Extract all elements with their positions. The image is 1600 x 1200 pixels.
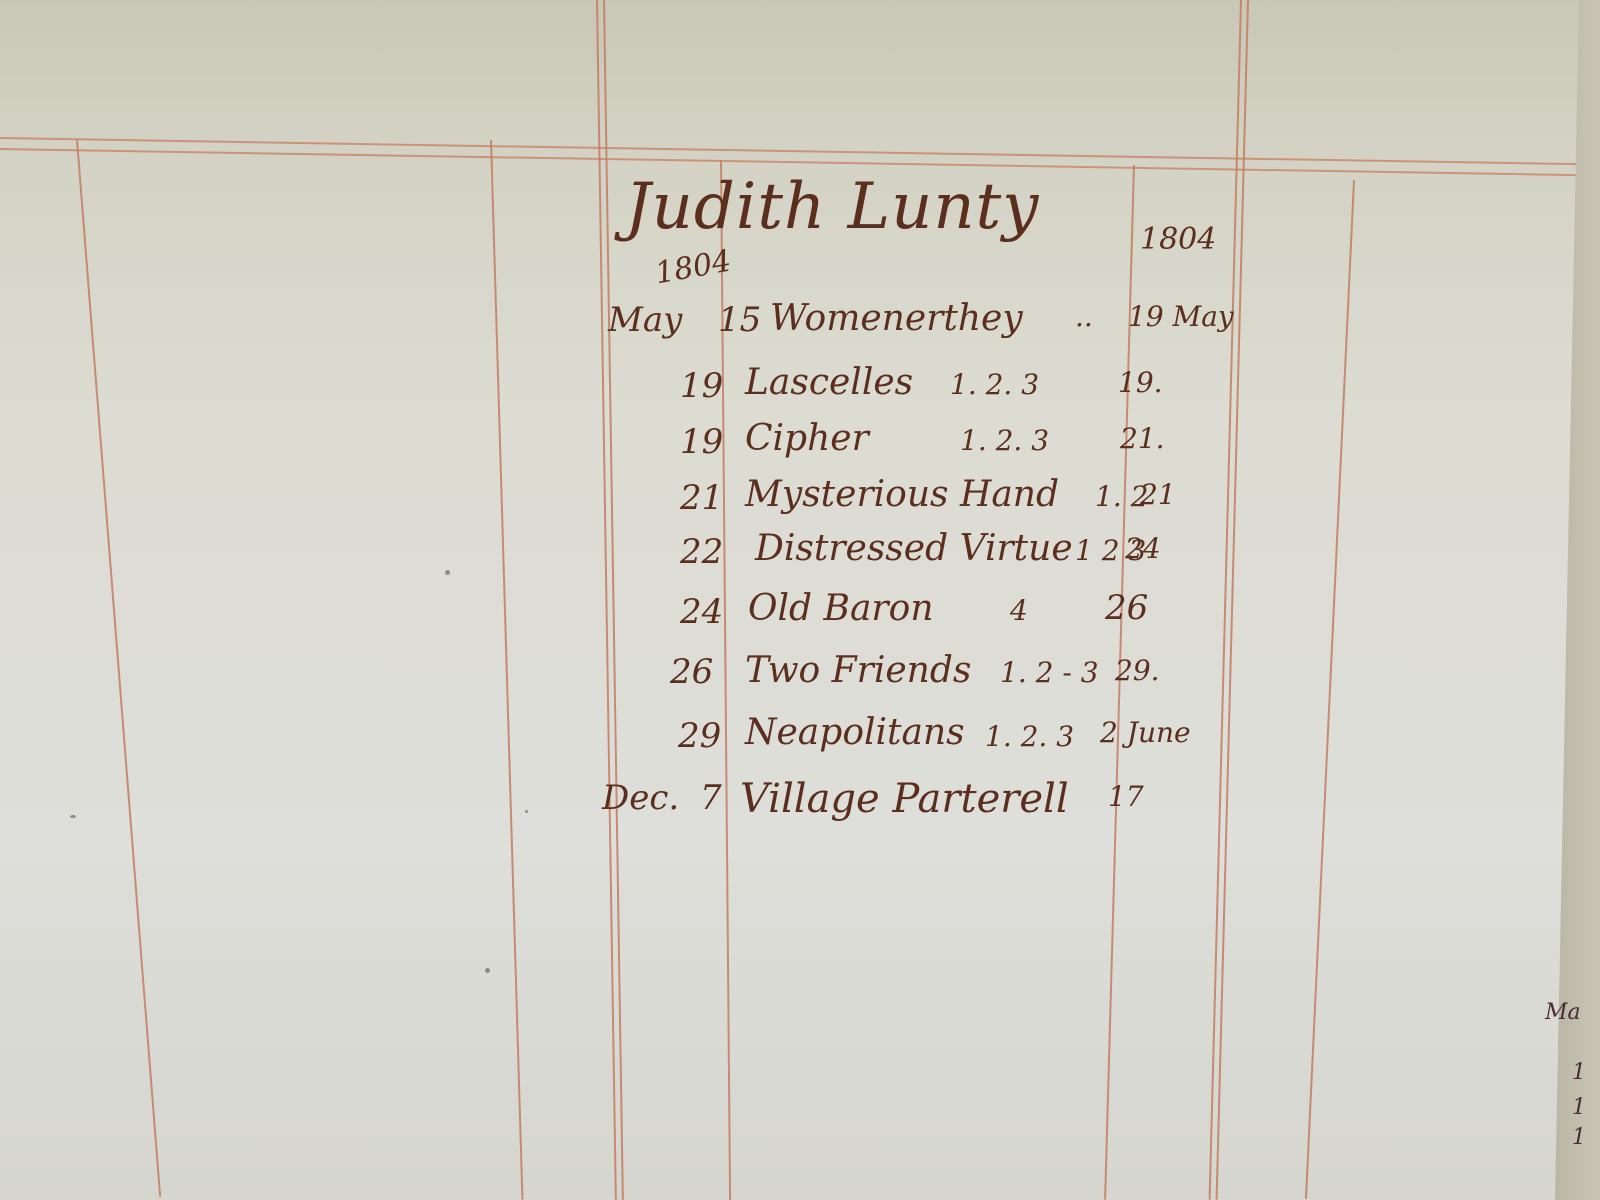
entry-end: 29.: [1115, 654, 1160, 687]
entry-marks: 1. 2 - 3: [1000, 656, 1099, 689]
facing-page-fragment: Ma: [1545, 1000, 1581, 1025]
entry-end: 21.: [1120, 422, 1165, 455]
column-rule: [1209, 0, 1242, 1200]
column-rule: [490, 140, 523, 1200]
entry-end: 19 May: [1128, 300, 1234, 333]
entry-day: 24: [680, 592, 723, 632]
entry-day: 7: [700, 778, 722, 818]
entry-day: 19: [680, 422, 723, 462]
column-rule: [1305, 180, 1355, 1199]
entry-title: Womenerthey: [770, 298, 1023, 339]
entry-title: Neapolitans: [745, 712, 965, 753]
ledger-page: Judith Lunty 1804 1804 May 15 Womenerthe…: [0, 0, 1600, 1200]
entry-month: May: [608, 300, 682, 340]
entry-title: Mysterious Hand: [745, 474, 1059, 515]
entry-day: 19: [680, 366, 723, 406]
entry-title: Village Parterell: [740, 776, 1069, 822]
entry-title: Two Friends: [745, 650, 971, 691]
heading-year-right: 1804: [1140, 222, 1216, 257]
entry-day: 15: [718, 300, 761, 340]
entry-end: 26: [1105, 588, 1148, 628]
entry-end: 21: [1140, 478, 1176, 511]
facing-page-fragment: 1: [1572, 1095, 1586, 1120]
entry-day: 26: [670, 652, 713, 692]
entry-marks: ..: [1075, 300, 1093, 333]
entry-end: 17: [1108, 780, 1144, 813]
entry-end: 2 June: [1100, 716, 1191, 749]
entry-marks: 1. 2. 3: [950, 368, 1039, 401]
entry-day: 29: [678, 716, 721, 756]
column-rule: [1216, 0, 1249, 1200]
entry-day: 22: [680, 532, 723, 572]
entry-end: 24: [1125, 532, 1161, 565]
entry-marks: 1. 2. 3: [960, 424, 1049, 457]
entry-month: Dec.: [602, 778, 679, 818]
entry-marks: 1. 2. 3: [985, 720, 1074, 753]
entry-end: 19.: [1118, 366, 1163, 399]
entry-title: Lascelles: [745, 362, 913, 403]
facing-page-fragment: 1: [1572, 1125, 1586, 1150]
entry-title: Distressed Virtue: [755, 528, 1073, 569]
facing-page-fragment: 1: [1572, 1060, 1586, 1085]
ledger-heading-name: Judith Lunty: [625, 170, 1039, 244]
entry-day: 21: [680, 478, 723, 518]
column-rule: [76, 140, 161, 1197]
entry-title: Cipher: [745, 418, 869, 459]
entry-marks: 4: [1010, 594, 1028, 627]
entry-title: Old Baron: [748, 588, 934, 629]
